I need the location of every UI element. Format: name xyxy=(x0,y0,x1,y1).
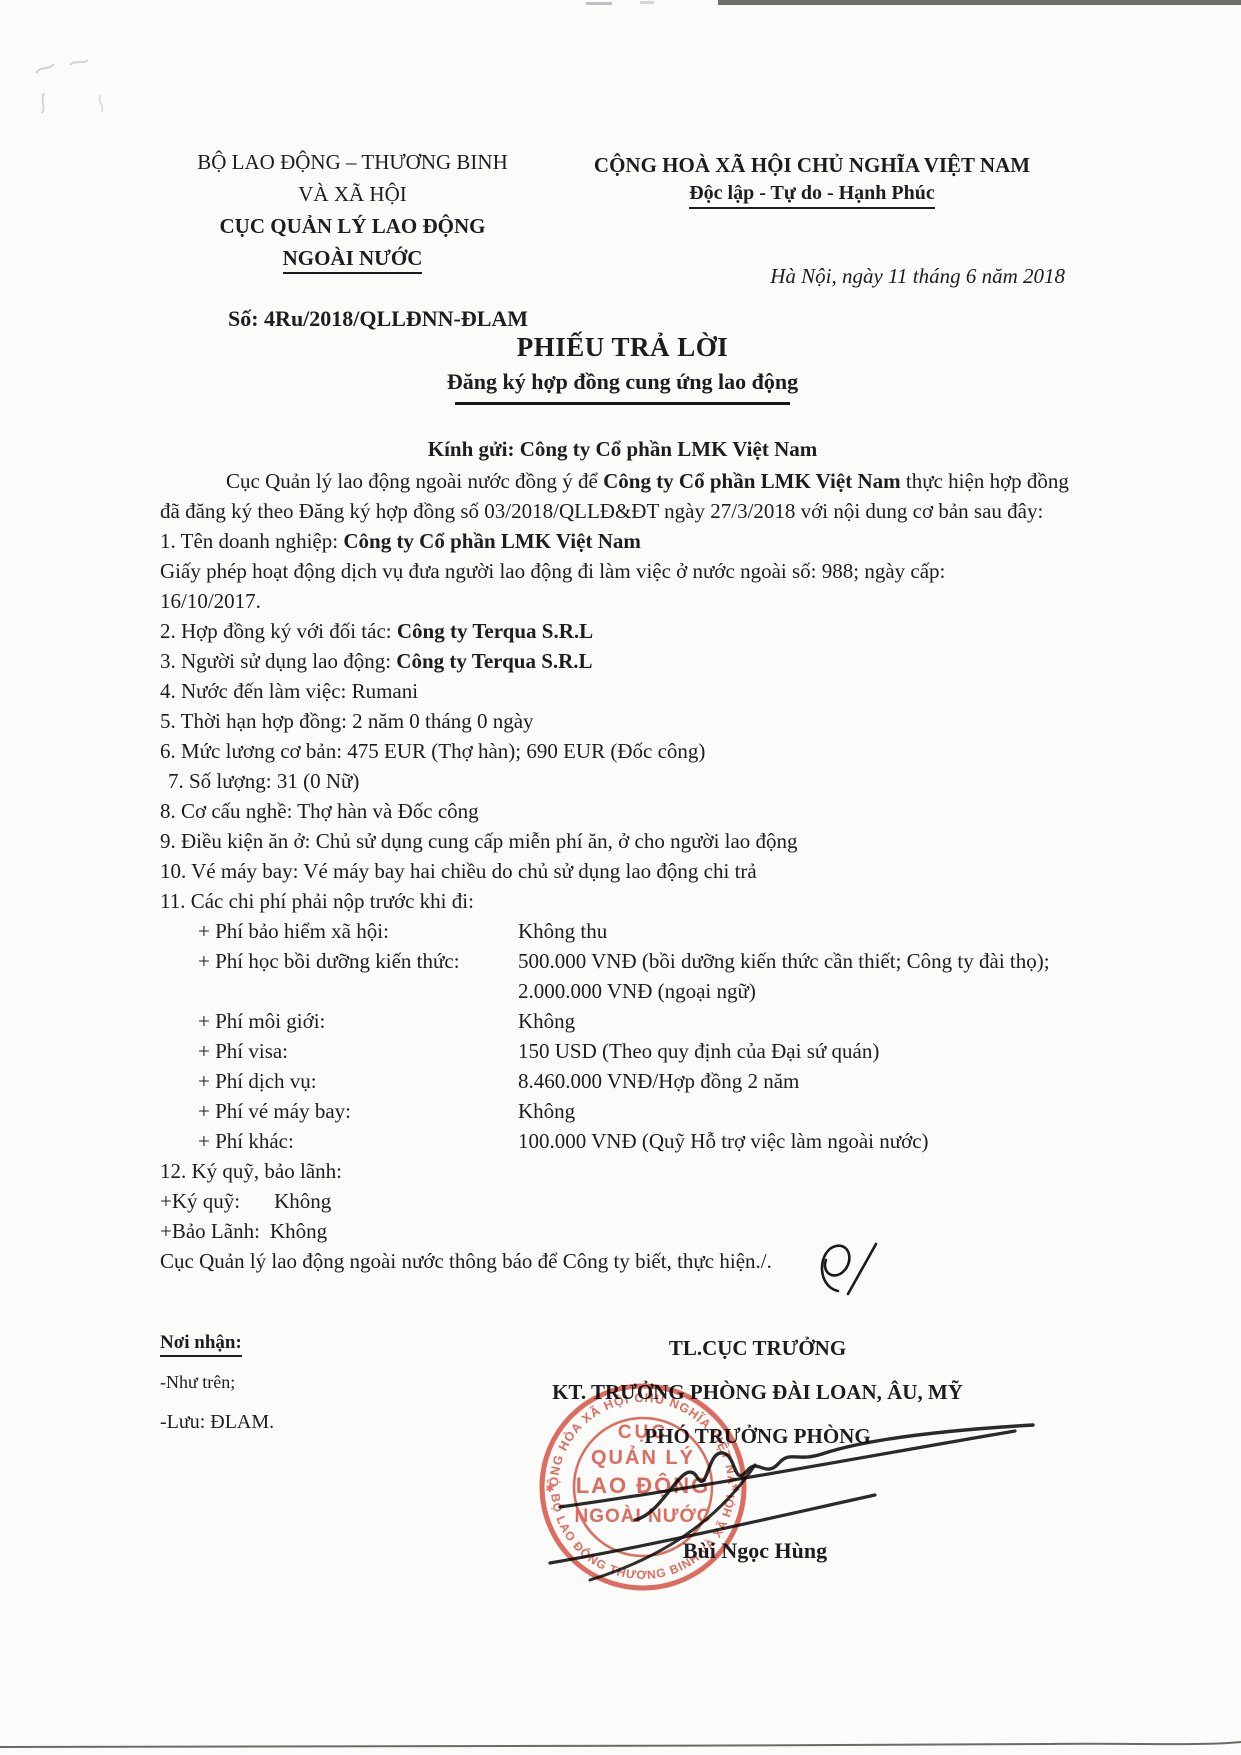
pencil-marks-artifact xyxy=(30,55,140,115)
salutation-line: Kính gửi: Công ty Cổ phần LMK Việt Nam xyxy=(160,437,1085,462)
recipients-block: Nơi nhận: -Như trên; -Lưu: ĐLAM. xyxy=(160,1322,274,1442)
fee-value: 8.460.000 VNĐ/Hợp đồng 2 năm xyxy=(518,1066,1085,1096)
fee-value: Không xyxy=(518,1006,1085,1036)
recipients-title: Nơi nhận: xyxy=(160,1332,242,1357)
item-label: 3. Người sử dụng lao động: xyxy=(160,649,396,673)
department-name-line2: NGOÀI NƯỚC xyxy=(283,245,423,274)
recipient-line: -Lưu: ĐLAM. xyxy=(160,1402,274,1442)
scan-artifact-bottom-edge xyxy=(0,1738,1241,1750)
guarantee-label: +Bảo Lãnh: xyxy=(160,1219,260,1243)
fee-value: 100.000 VNĐ (Quỹ Hỗ trợ việc làm ngoài n… xyxy=(518,1126,1085,1156)
fee-row: + Phí môi giới:Không xyxy=(198,1006,1085,1036)
fee-label: + Phí bảo hiểm xã hội: xyxy=(198,916,518,946)
fee-row: + Phí học bồi dưỡng kiến thức:500.000 VN… xyxy=(198,946,1085,1006)
scan-artifact-top-fragment xyxy=(586,2,612,5)
fee-value: 150 USD (Theo quy định của Đại sứ quán) xyxy=(518,1036,1085,1066)
scanned-document-page: { "colors": { "stamp_red": "#dd5a4c", "i… xyxy=(0,0,1241,1755)
fee-row: + Phí dịch vụ:8.460.000 VNĐ/Hợp đồng 2 n… xyxy=(198,1066,1085,1096)
fee-row: + Phí visa:150 USD (Theo quy định của Đạ… xyxy=(198,1036,1085,1066)
ministry-name-line1: BỘ LAO ĐỘNG – THƯƠNG BINH xyxy=(165,146,540,178)
item-3: 3. Người sử dụng lao động: Công ty Terqu… xyxy=(160,646,1085,676)
title-divider xyxy=(455,402,790,405)
signer-name: Bùi Ngọc Hùng xyxy=(640,1538,870,1564)
company-name: Công ty Cổ phần LMK Việt Nam xyxy=(603,469,901,493)
item-5: 5. Thời hạn hợp đồng: 2 năm 0 tháng 0 ng… xyxy=(160,706,1085,736)
place-date-line: Hà Nội, ngày 11 tháng 6 năm 2018 xyxy=(560,264,1065,289)
document-title-block: PHIẾU TRẢ LỜI Đăng ký hợp đồng cung ứng … xyxy=(160,332,1085,405)
issuing-agency-block: BỘ LAO ĐỘNG – THƯƠNG BINH VÀ XÃ HỘI CỤC … xyxy=(165,146,540,274)
item-1-license-line1: Giấy phép hoạt động dịch vụ đưa người la… xyxy=(160,556,1085,586)
fee-value: 500.000 VNĐ (bồi dưỡng kiến thức cần thi… xyxy=(518,946,1085,1006)
item-value: Công ty Terqua S.R.L xyxy=(396,649,592,673)
closing-paragraph: Cục Quản lý lao động ngoài nước thông bá… xyxy=(160,1246,1085,1276)
paraph-mark xyxy=(808,1236,892,1300)
national-heading-block: CỘNG HOÀ XÃ HỘI CHỦ NGHĨA VIỆT NAM Độc l… xyxy=(572,150,1052,209)
deposit-label: +Ký quỹ: xyxy=(160,1189,240,1213)
national-title: CỘNG HOÀ XÃ HỘI CHỦ NGHĨA VIỆT NAM xyxy=(572,150,1052,180)
item-6: 6. Mức lương cơ bản: 475 EUR (Thợ hàn); … xyxy=(160,736,1085,766)
fee-row: + Phí bảo hiểm xã hội:Không thu xyxy=(198,916,1085,946)
item-2: 2. Hợp đồng ký với đối tác: Công ty Terq… xyxy=(160,616,1085,646)
item-7: 7. Số lượng: 31 (0 Nữ) xyxy=(160,766,1085,796)
item-9: 9. Điều kiện ăn ở: Chủ sử dụng cung cấp … xyxy=(160,826,1085,856)
item-10: 10. Vé máy bay: Vé máy bay hai chiều do … xyxy=(160,856,1085,886)
scan-artifact-top-fragment xyxy=(640,1,654,4)
document-number: Số: 4Ru/2018/QLLĐNN-ĐLAM xyxy=(228,306,528,332)
scan-artifact-top-edge xyxy=(718,0,1241,5)
item-1-license-line2: 16/10/2017. xyxy=(160,586,1085,616)
fee-label: + Phí môi giới: xyxy=(198,1006,518,1036)
item-1: 1. Tên doanh nghiệp: Công ty Cổ phần LMK… xyxy=(160,526,1085,556)
document-subtitle: Đăng ký hợp đồng cung ứng lao động xyxy=(160,369,1085,395)
item-8: 8. Cơ cấu nghề: Thợ hàn và Đốc công xyxy=(160,796,1085,826)
item-12: 12. Ký quỹ, bảo lãnh: xyxy=(160,1156,1085,1186)
guarantee-value: Không xyxy=(270,1219,327,1243)
fee-value: Không xyxy=(518,1096,1085,1126)
national-motto: Độc lập - Tự do - Hạnh Phúc xyxy=(689,182,935,209)
recipient-line: -Như trên; xyxy=(160,1362,274,1402)
intro-paragraph: Cục Quản lý lao động ngoài nước đồng ý đ… xyxy=(160,466,1085,526)
item-4: 4. Nước đến làm việc: Rumani xyxy=(160,676,1085,706)
deposit-value: Không xyxy=(274,1189,331,1213)
item-value: Công ty Terqua S.R.L xyxy=(397,619,593,643)
fee-label: + Phí visa: xyxy=(198,1036,518,1066)
signature-scribble xyxy=(545,1395,1065,1610)
fee-value: Không thu xyxy=(518,916,1085,946)
document-title: PHIẾU TRẢ LỜI xyxy=(160,332,1085,363)
fee-label: + Phí vé máy bay: xyxy=(198,1096,518,1126)
item-value: Công ty Cổ phần LMK Việt Nam xyxy=(343,529,641,553)
fee-row: + Phí khác:100.000 VNĐ (Quỹ Hỗ trợ việc … xyxy=(198,1126,1085,1156)
intro-text: Cục Quản lý lao động ngoài nước đồng ý đ… xyxy=(226,469,603,493)
ministry-name-line2: VÀ XÃ HỘI xyxy=(165,178,540,210)
fees-table: + Phí bảo hiểm xã hội:Không thu + Phí họ… xyxy=(160,916,1085,1156)
deposit-row: +Ký quỹ:Không xyxy=(160,1186,1085,1216)
department-name-line1: CỤC QUẢN LÝ LAO ĐỘNG xyxy=(165,210,540,242)
item-label: 2. Hợp đồng ký với đối tác: xyxy=(160,619,397,643)
guarantee-row: +Bảo Lãnh:Không xyxy=(160,1216,1085,1246)
document-body: Cục Quản lý lao động ngoài nước đồng ý đ… xyxy=(160,466,1085,1276)
item-11: 11. Các chi phí phải nộp trước khi đi: xyxy=(160,886,1085,916)
fee-label: + Phí học bồi dưỡng kiến thức: xyxy=(198,946,518,1006)
item-label: 1. Tên doanh nghiệp: xyxy=(160,529,343,553)
fee-label: + Phí khác: xyxy=(198,1126,518,1156)
fee-row: + Phí vé máy bay:Không xyxy=(198,1096,1085,1126)
fee-label: + Phí dịch vụ: xyxy=(198,1066,518,1096)
